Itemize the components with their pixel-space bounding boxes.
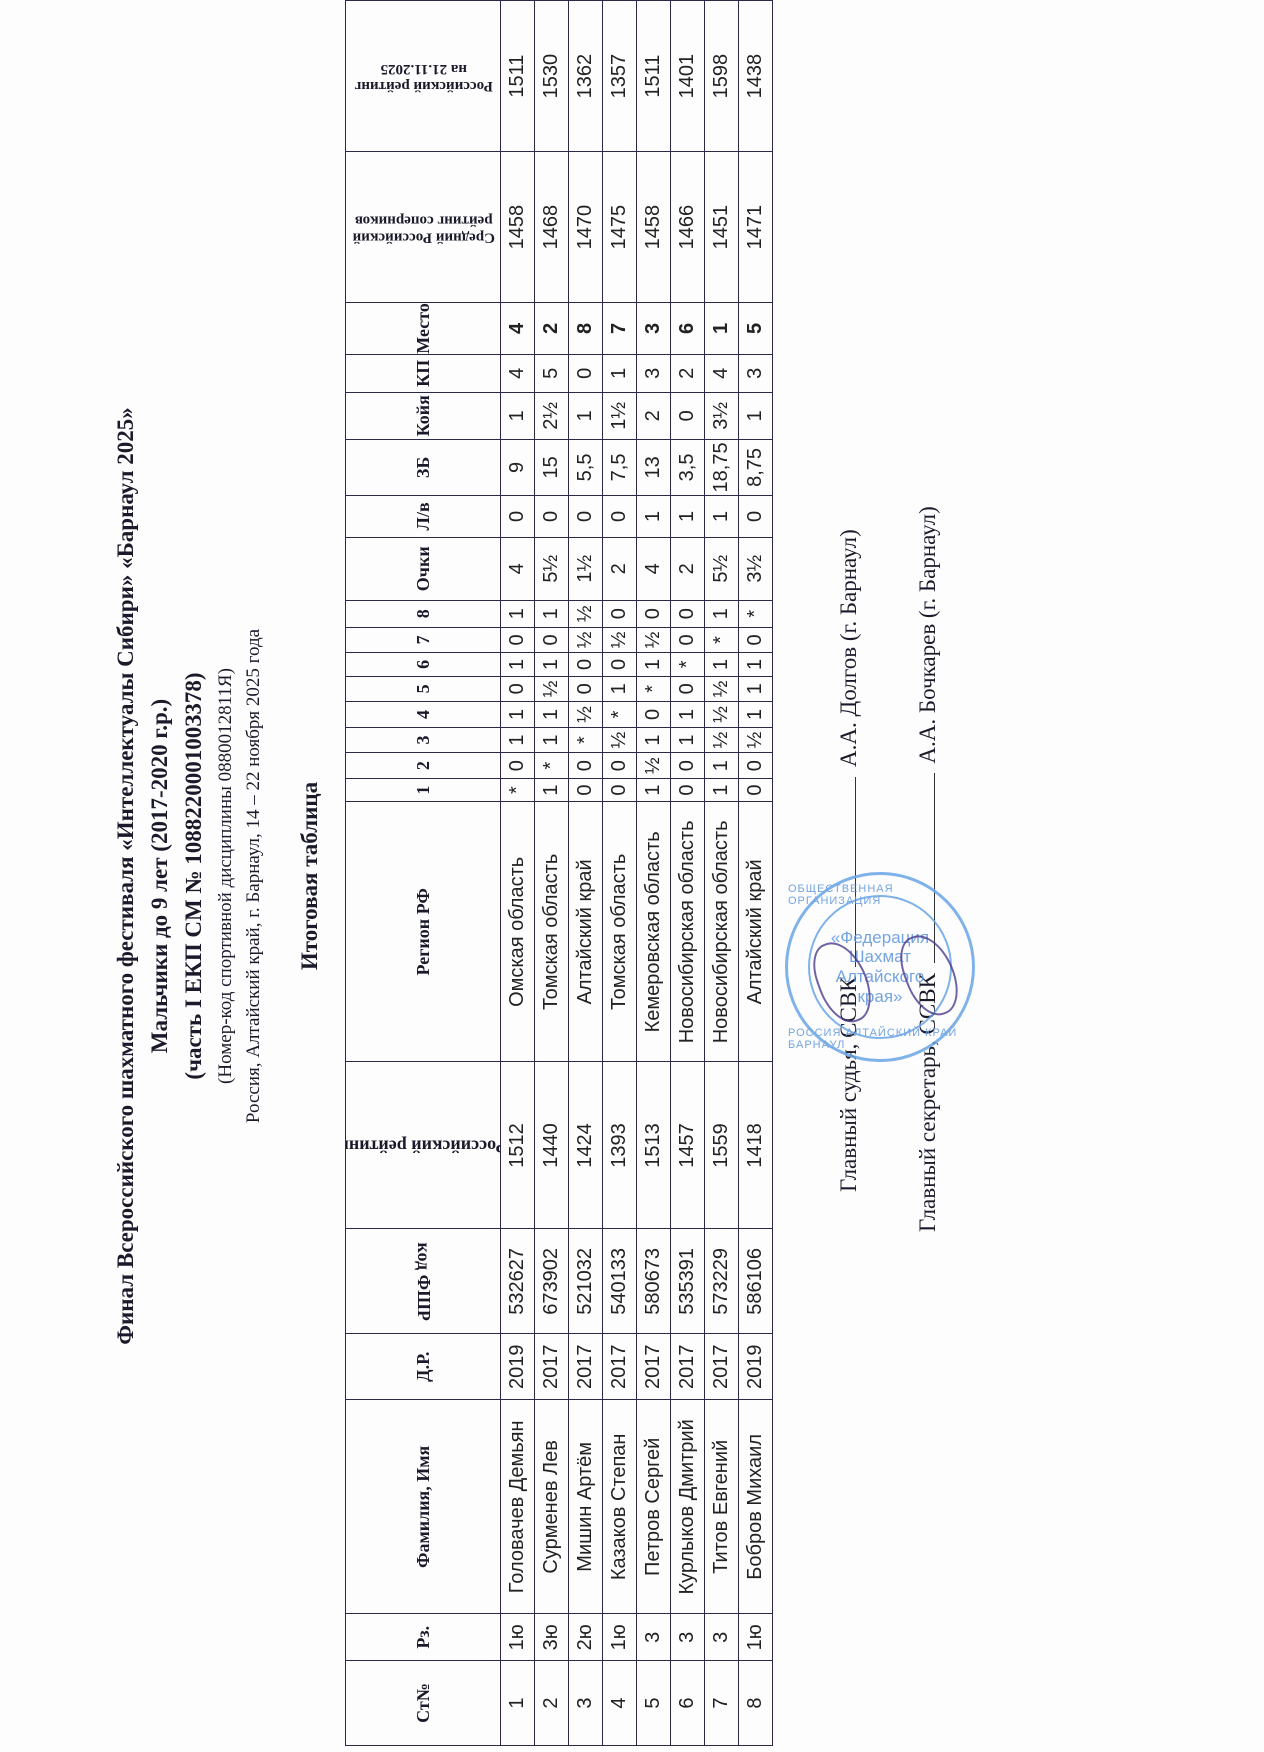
player-name: Мишин Артём [569, 1400, 603, 1614]
sb: 5,5 [569, 439, 603, 495]
rank: 2ю [569, 1614, 603, 1661]
result-vs-3: 1 [535, 727, 569, 753]
rus-rating: 1457 [671, 1062, 705, 1229]
rus-rating: 1393 [603, 1062, 637, 1229]
start-no: 5 [637, 1661, 671, 1746]
player-name: Казаков Степан [603, 1400, 637, 1614]
result-vs-4: 1 [535, 702, 569, 728]
start-no: 1 [501, 1661, 535, 1746]
sb: 7,5 [603, 439, 637, 495]
table-row: 53Петров Сергей20175806731513Кемеровская… [637, 1, 671, 1746]
start-no: 7 [705, 1661, 739, 1746]
birth-year: 2019 [501, 1334, 535, 1400]
result-vs-8: 0 [671, 600, 705, 627]
col-round-2: 2 [346, 753, 501, 779]
result-vs-5: 0 [569, 676, 603, 702]
fide-code: 580673 [637, 1229, 671, 1334]
rank: 3ю [535, 1614, 569, 1661]
result-vs-8: * [739, 600, 773, 627]
table-row: 41юКазаков Степан20175401331393Томская о… [603, 1, 637, 1746]
result-vs-6: 0 [569, 653, 603, 676]
koya: 2½ [535, 392, 569, 439]
koya: 2 [637, 392, 671, 439]
result-vs-7: ½ [603, 627, 637, 653]
region: Новосибирская область [671, 802, 705, 1062]
result-vs-1: 0 [603, 778, 637, 801]
result-vs-7: 0 [739, 627, 773, 653]
rus-rating: 1512 [501, 1062, 535, 1229]
result-vs-4: ½ [705, 702, 739, 728]
result-vs-1: 1 [637, 778, 671, 801]
start-no: 8 [739, 1661, 773, 1746]
age-group-title: Мальчики до 9 лет (2017-2020 г.р.) [147, 0, 173, 1752]
table-row: 23юСурменев Лев20176739021440Томская обл… [535, 1, 569, 1746]
chief-secretary-name: А.А. Бочкарев (г. Барнаул) [915, 506, 940, 763]
col-region: Регион РФ [346, 802, 501, 1062]
kp: 3 [739, 354, 773, 392]
birth-year: 2017 [535, 1334, 569, 1400]
place: 3 [637, 303, 671, 355]
birth-year: 2019 [739, 1334, 773, 1400]
result-vs-5: 0 [501, 676, 535, 702]
scanned-document-page: Финал Всероссийского шахматного фестивал… [0, 0, 1264, 1752]
result-vs-7: ½ [637, 627, 671, 653]
discipline-code: (Номер-код спортивной дисциплины 0880012… [215, 0, 237, 1752]
result-vs-6: 1 [501, 653, 535, 676]
col-round-4: 4 [346, 702, 501, 728]
points: 5½ [535, 537, 569, 600]
wins-black: 0 [603, 496, 637, 538]
document-title: Финал Всероссийского шахматного фестивал… [113, 0, 139, 1752]
place: 7 [603, 303, 637, 355]
col-round-8: 8 [346, 600, 501, 627]
result-vs-8: 0 [637, 600, 671, 627]
rating-new: 1511 [637, 1, 671, 152]
avg-opp-rating: 1470 [569, 152, 603, 303]
start-no: 4 [603, 1661, 637, 1746]
rank: 3 [705, 1614, 739, 1661]
col-avg-opp-rating: Средний Российский рейтинг соперников [346, 152, 501, 303]
kp: 5 [535, 354, 569, 392]
avg-opp-rating: 1458 [637, 152, 671, 303]
sb: 15 [535, 439, 569, 495]
koya: 1 [501, 392, 535, 439]
result-vs-7: 0 [535, 627, 569, 653]
region: Томская область [603, 802, 637, 1062]
chief-secretary-signature-line: Главный секретарь, ССВК А.А. Бочкарев (г… [915, 506, 941, 1232]
region: Алтайский край [739, 802, 773, 1062]
result-vs-3: ½ [603, 727, 637, 753]
result-vs-4: 0 [637, 702, 671, 728]
result-vs-4: * [603, 702, 637, 728]
kp: 2 [671, 354, 705, 392]
table-row: 11юГоловачев Демьян20195326271512Омская … [501, 1, 535, 1746]
wins-black: 0 [535, 496, 569, 538]
col-rating-new: Российский рейтинг на 21.11.2025 [346, 1, 501, 152]
rating-new: 1362 [569, 1, 603, 152]
chief-judge-name: А.А. Долгов (г. Барнаул) [836, 529, 861, 767]
avg-opp-rating: 1451 [705, 152, 739, 303]
rating-new: 1511 [501, 1, 535, 152]
col-round-3: 3 [346, 727, 501, 753]
place: 2 [535, 303, 569, 355]
col-round-5: 5 [346, 676, 501, 702]
fide-code: 586106 [739, 1229, 773, 1334]
kp: 1 [603, 354, 637, 392]
result-vs-6: 1 [535, 653, 569, 676]
points: 2 [603, 537, 637, 600]
birth-year: 2017 [705, 1334, 739, 1400]
result-vs-2: 1 [705, 753, 739, 779]
result-vs-1: 1 [535, 778, 569, 801]
result-vs-1: 0 [569, 778, 603, 801]
result-vs-5: 0 [671, 676, 705, 702]
result-vs-7: * [705, 627, 739, 653]
result-vs-7: 0 [501, 627, 535, 653]
rating-new: 1438 [739, 1, 773, 152]
result-vs-5: 1 [739, 676, 773, 702]
table-row: 63Курлыков Дмитрий20175353911457Новосиби… [671, 1, 705, 1746]
avg-opp-rating: 1475 [603, 152, 637, 303]
fide-code: 535391 [671, 1229, 705, 1334]
koya: 1½ [603, 392, 637, 439]
points: 3½ [739, 537, 773, 600]
avg-opp-rating: 1468 [535, 152, 569, 303]
region: Омская область [501, 802, 535, 1062]
result-vs-6: 1 [637, 653, 671, 676]
result-vs-1: 1 [705, 778, 739, 801]
birth-year: 2017 [637, 1334, 671, 1400]
result-vs-6: 1 [705, 653, 739, 676]
player-name: Курлыков Дмитрий [671, 1400, 705, 1614]
result-vs-5: ½ [705, 676, 739, 702]
rank: 3 [637, 1614, 671, 1661]
result-vs-8: ½ [569, 600, 603, 627]
sb: 13 [637, 439, 671, 495]
start-no: 2 [535, 1661, 569, 1746]
place: 4 [501, 303, 535, 355]
result-vs-3: 1 [637, 727, 671, 753]
result-vs-1: * [501, 778, 535, 801]
result-vs-7: ½ [569, 627, 603, 653]
result-vs-2: 0 [739, 753, 773, 779]
col-rank: Рз. [346, 1614, 501, 1661]
rating-new: 1530 [535, 1, 569, 152]
result-vs-4: 1 [501, 702, 535, 728]
wins-black: 0 [569, 496, 603, 538]
region: Алтайский край [569, 802, 603, 1062]
result-vs-6: 1 [739, 653, 773, 676]
rank: 3 [671, 1614, 705, 1661]
col-kp: КП [346, 354, 501, 392]
result-vs-1: 0 [739, 778, 773, 801]
col-wins-black: Л/в [346, 496, 501, 538]
sb: 3,5 [671, 439, 705, 495]
player-name: Бобров Михаил [739, 1400, 773, 1614]
points: 2 [671, 537, 705, 600]
result-vs-5: ½ [535, 676, 569, 702]
result-vs-4: 1 [671, 702, 705, 728]
table-row: 81юБобров Михаил20195861061418Алтайский … [739, 1, 773, 1746]
koya: 1 [569, 392, 603, 439]
result-vs-3: 1 [501, 727, 535, 753]
points: 4 [501, 537, 535, 600]
result-vs-8: 1 [535, 600, 569, 627]
rank: 1ю [603, 1614, 637, 1661]
table-row: 32юМишин Артём20175210321424Алтайский кр… [569, 1, 603, 1746]
place: 6 [671, 303, 705, 355]
result-vs-3: 1 [671, 727, 705, 753]
player-name: Титов Евгений [705, 1400, 739, 1614]
points: 1½ [569, 537, 603, 600]
result-vs-8: 1 [705, 600, 739, 627]
result-vs-8: 0 [603, 600, 637, 627]
kp: 4 [705, 354, 739, 392]
avg-opp-rating: 1466 [671, 152, 705, 303]
result-vs-3: ½ [705, 727, 739, 753]
col-rus-rating: Российский рейтинг [346, 1062, 501, 1229]
result-vs-2: 0 [501, 753, 535, 779]
result-vs-4: 1 [739, 702, 773, 728]
avg-opp-rating: 1471 [739, 152, 773, 303]
rating-new: 1598 [705, 1, 739, 152]
rating-new: 1401 [671, 1, 705, 152]
place: 8 [569, 303, 603, 355]
result-vs-4: ½ [569, 702, 603, 728]
results-crosstable: Ст№ Рз. Фамилия, Имя Д.Р. код ФШР Россий… [345, 0, 773, 1746]
rus-rating: 1418 [739, 1062, 773, 1229]
col-round-7: 7 [346, 627, 501, 653]
rus-rating: 1559 [705, 1062, 739, 1229]
ekp-number: (часть I ЕКП СМ № 108822000100З378) [181, 0, 207, 1752]
fide-code: 673902 [535, 1229, 569, 1334]
stamp-ring-text-bottom: РОССИЯ АЛТАЙСКИЙ КРАЙ БАРНАУЛ [788, 1027, 972, 1051]
avg-opp-rating: 1458 [501, 152, 535, 303]
sb: 8,75 [739, 439, 773, 495]
result-vs-2: * [535, 753, 569, 779]
col-round-6: 6 [346, 653, 501, 676]
rank: 1ю [501, 1614, 535, 1661]
place: 1 [705, 303, 739, 355]
points: 4 [637, 537, 671, 600]
result-vs-6: 0 [603, 653, 637, 676]
result-vs-5: * [637, 676, 671, 702]
col-round-1: 1 [346, 778, 501, 801]
location-dates: Россия, Алтайский край, г. Барнаул, 14 –… [243, 0, 265, 1752]
birth-year: 2017 [671, 1334, 705, 1400]
rus-rating: 1513 [637, 1062, 671, 1229]
wins-black: 1 [637, 496, 671, 538]
result-vs-6: * [671, 653, 705, 676]
region: Кемеровская область [637, 802, 671, 1062]
wins-black: 0 [739, 496, 773, 538]
wins-black: 0 [501, 496, 535, 538]
rus-rating: 1424 [569, 1062, 603, 1229]
points: 5½ [705, 537, 739, 600]
kp: 4 [501, 354, 535, 392]
col-fide-code: код ФШР [346, 1229, 501, 1334]
wins-black: 1 [705, 496, 739, 538]
rating-new: 1357 [603, 1, 637, 152]
place: 5 [739, 303, 773, 355]
player-name: Сурменев Лев [535, 1400, 569, 1614]
result-vs-7: 0 [671, 627, 705, 653]
fide-code: 521032 [569, 1229, 603, 1334]
wins-black: 1 [671, 496, 705, 538]
fide-code: 540133 [603, 1229, 637, 1334]
result-vs-3: ½ [739, 727, 773, 753]
koya: 1 [739, 392, 773, 439]
col-birth-year: Д.Р. [346, 1334, 501, 1400]
start-no: 6 [671, 1661, 705, 1746]
koya: 3½ [705, 392, 739, 439]
kp: 3 [637, 354, 671, 392]
koya: 0 [671, 392, 705, 439]
col-points: Очки [346, 537, 501, 600]
rus-rating: 1440 [535, 1062, 569, 1229]
result-vs-3: * [569, 727, 603, 753]
table-title: Итоговая таблица [297, 0, 323, 1752]
player-name: Петров Сергей [637, 1400, 671, 1614]
col-sb: ЗБ [346, 439, 501, 495]
region: Новосибирская область [705, 802, 739, 1062]
result-vs-8: 1 [501, 600, 535, 627]
result-vs-2: 0 [603, 753, 637, 779]
fide-code: 532627 [501, 1229, 535, 1334]
start-no: 3 [569, 1661, 603, 1746]
result-vs-5: 1 [603, 676, 637, 702]
kp: 0 [569, 354, 603, 392]
result-vs-1: 0 [671, 778, 705, 801]
player-name: Головачев Демьян [501, 1400, 535, 1614]
header-row: Ст№ Рз. Фамилия, Имя Д.Р. код ФШР Россий… [346, 1, 501, 1746]
sb: 9 [501, 439, 535, 495]
col-name: Фамилия, Имя [346, 1400, 501, 1614]
birth-year: 2017 [603, 1334, 637, 1400]
col-koya: Койя [346, 392, 501, 439]
rank: 1ю [739, 1614, 773, 1661]
birth-year: 2017 [569, 1334, 603, 1400]
result-vs-2: 0 [671, 753, 705, 779]
stamp-ring-text-top: ОБЩЕСТВЕННАЯ ОРГАНИЗАЦИЯ [788, 883, 972, 907]
sb: 18,75 [705, 439, 739, 495]
col-start-no: Ст№ [346, 1661, 501, 1746]
col-place: Место [346, 303, 501, 355]
result-vs-2: ½ [637, 753, 671, 779]
region: Томская область [535, 802, 569, 1062]
table-row: 73Титов Евгений20175732291559Новосибирск… [705, 1, 739, 1746]
result-vs-2: 0 [569, 753, 603, 779]
fide-code: 573229 [705, 1229, 739, 1334]
chief-judge-signature-line: Главный судья, ССВК А.А. Долгов (г. Барн… [836, 529, 862, 1192]
